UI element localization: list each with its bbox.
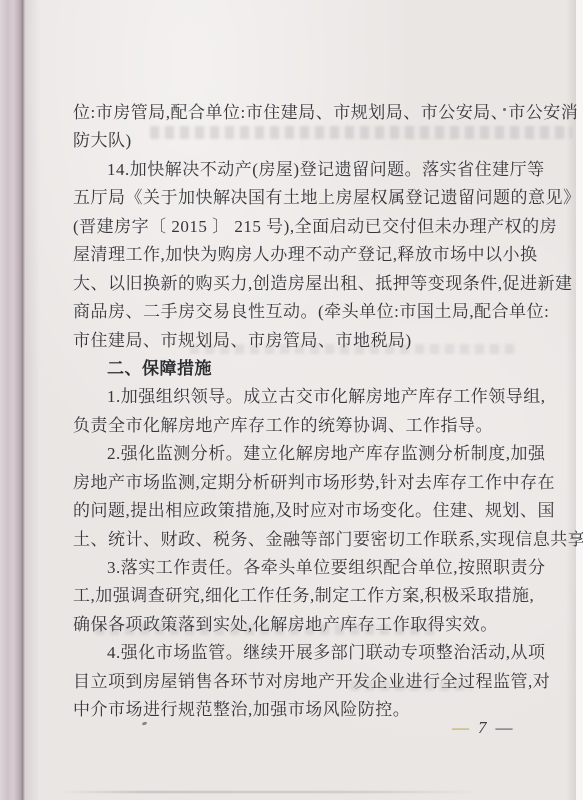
paper-crease bbox=[60, 791, 480, 793]
paragraph-start-line: 4.强化市场监管。继续开展多部门联动专项整治活动,从项 bbox=[73, 639, 537, 667]
page-number-value: 7 bbox=[478, 718, 487, 737]
paragraph-start-line: 14.加快解决不动产(房屋)登记遗留问题。落实省住建厅等 bbox=[73, 156, 537, 184]
text-line: (晋建房字〔 2015 〕 215 号),全面启动已交付但未办理产权的房 bbox=[73, 213, 537, 241]
text-line: 的问题,提出相应政策措施,及时应对市场变化。住建、规划、国 bbox=[73, 497, 537, 525]
text-line: 市住建局、市规划局、市房管局、市地税局) bbox=[73, 327, 537, 355]
text-line: 五厅局《关于加快解决国有土地上房屋权属登记遗留问题的意见》 bbox=[73, 184, 537, 212]
paragraph-start-line: 1.加强组织领导。成立古交市化解房地产库存工作领导组, bbox=[73, 383, 537, 411]
page-number: —7— bbox=[452, 715, 562, 741]
scanned-document-photo: 位:市房管局,配合单位:市住建局、市规划局、市公安局、市公安消 防大队) 14.… bbox=[0, 0, 583, 800]
book-spine-edge bbox=[0, 0, 26, 800]
page-number-dash-left: — bbox=[452, 718, 469, 737]
text-line: 位:市房管局,配合单位:市住建局、市规划局、市公安局、市公安消 bbox=[73, 99, 537, 127]
section-heading: 二、保障措施 bbox=[73, 355, 537, 383]
text-line: 土、统计、财政、税务、金融等部门要密切工作联系,实现信息共享。 bbox=[73, 526, 537, 554]
text-line: 商品房、二手房交易良性互动。(牵头单位:市国土局,配合单位: bbox=[73, 298, 537, 326]
paragraph-start-line: 2.强化监测分析。建立化解房地产库存监测分析制度,加强 bbox=[73, 440, 537, 468]
text-line: 负责全市化解房地产库存工作的统筹协调、工作指导。 bbox=[73, 412, 537, 440]
text-line: 屋清理工作,加快为购房人办理不动产登记,释放市场中以小换 bbox=[73, 241, 537, 269]
document-body: 位:市房管局,配合单位:市住建局、市规划局、市公安局、市公安消 防大队) 14.… bbox=[73, 99, 537, 725]
text-line: 目立项到房屋销售各环节对房地产开发企业进行全过程监管,对 bbox=[73, 668, 537, 696]
page-number-dash-right: — bbox=[496, 718, 513, 737]
paragraph-start-line: 3.落实工作责任。各牵头单位要组织配合单位,按照职责分 bbox=[73, 554, 537, 582]
text-line: 确保各项政策落到实处,化解房地产库存工作取得实效。 bbox=[73, 611, 537, 639]
text-line: 大、以旧换新的购买力,创造房屋出租、抵押等变现条件,促进新建 bbox=[73, 270, 537, 298]
text-line: 工,加强调查研究,细化工作任务,制定工作方案,积极采取措施, bbox=[73, 582, 537, 610]
paper-page: 位:市房管局,配合单位:市住建局、市规划局、市公安局、市公安消 防大队) 14.… bbox=[26, 0, 576, 800]
text-line: 房地产市场监测,定期分析研判市场形势,针对去库存工作中存在 bbox=[73, 469, 537, 497]
text-line: 防大队) bbox=[73, 127, 537, 155]
